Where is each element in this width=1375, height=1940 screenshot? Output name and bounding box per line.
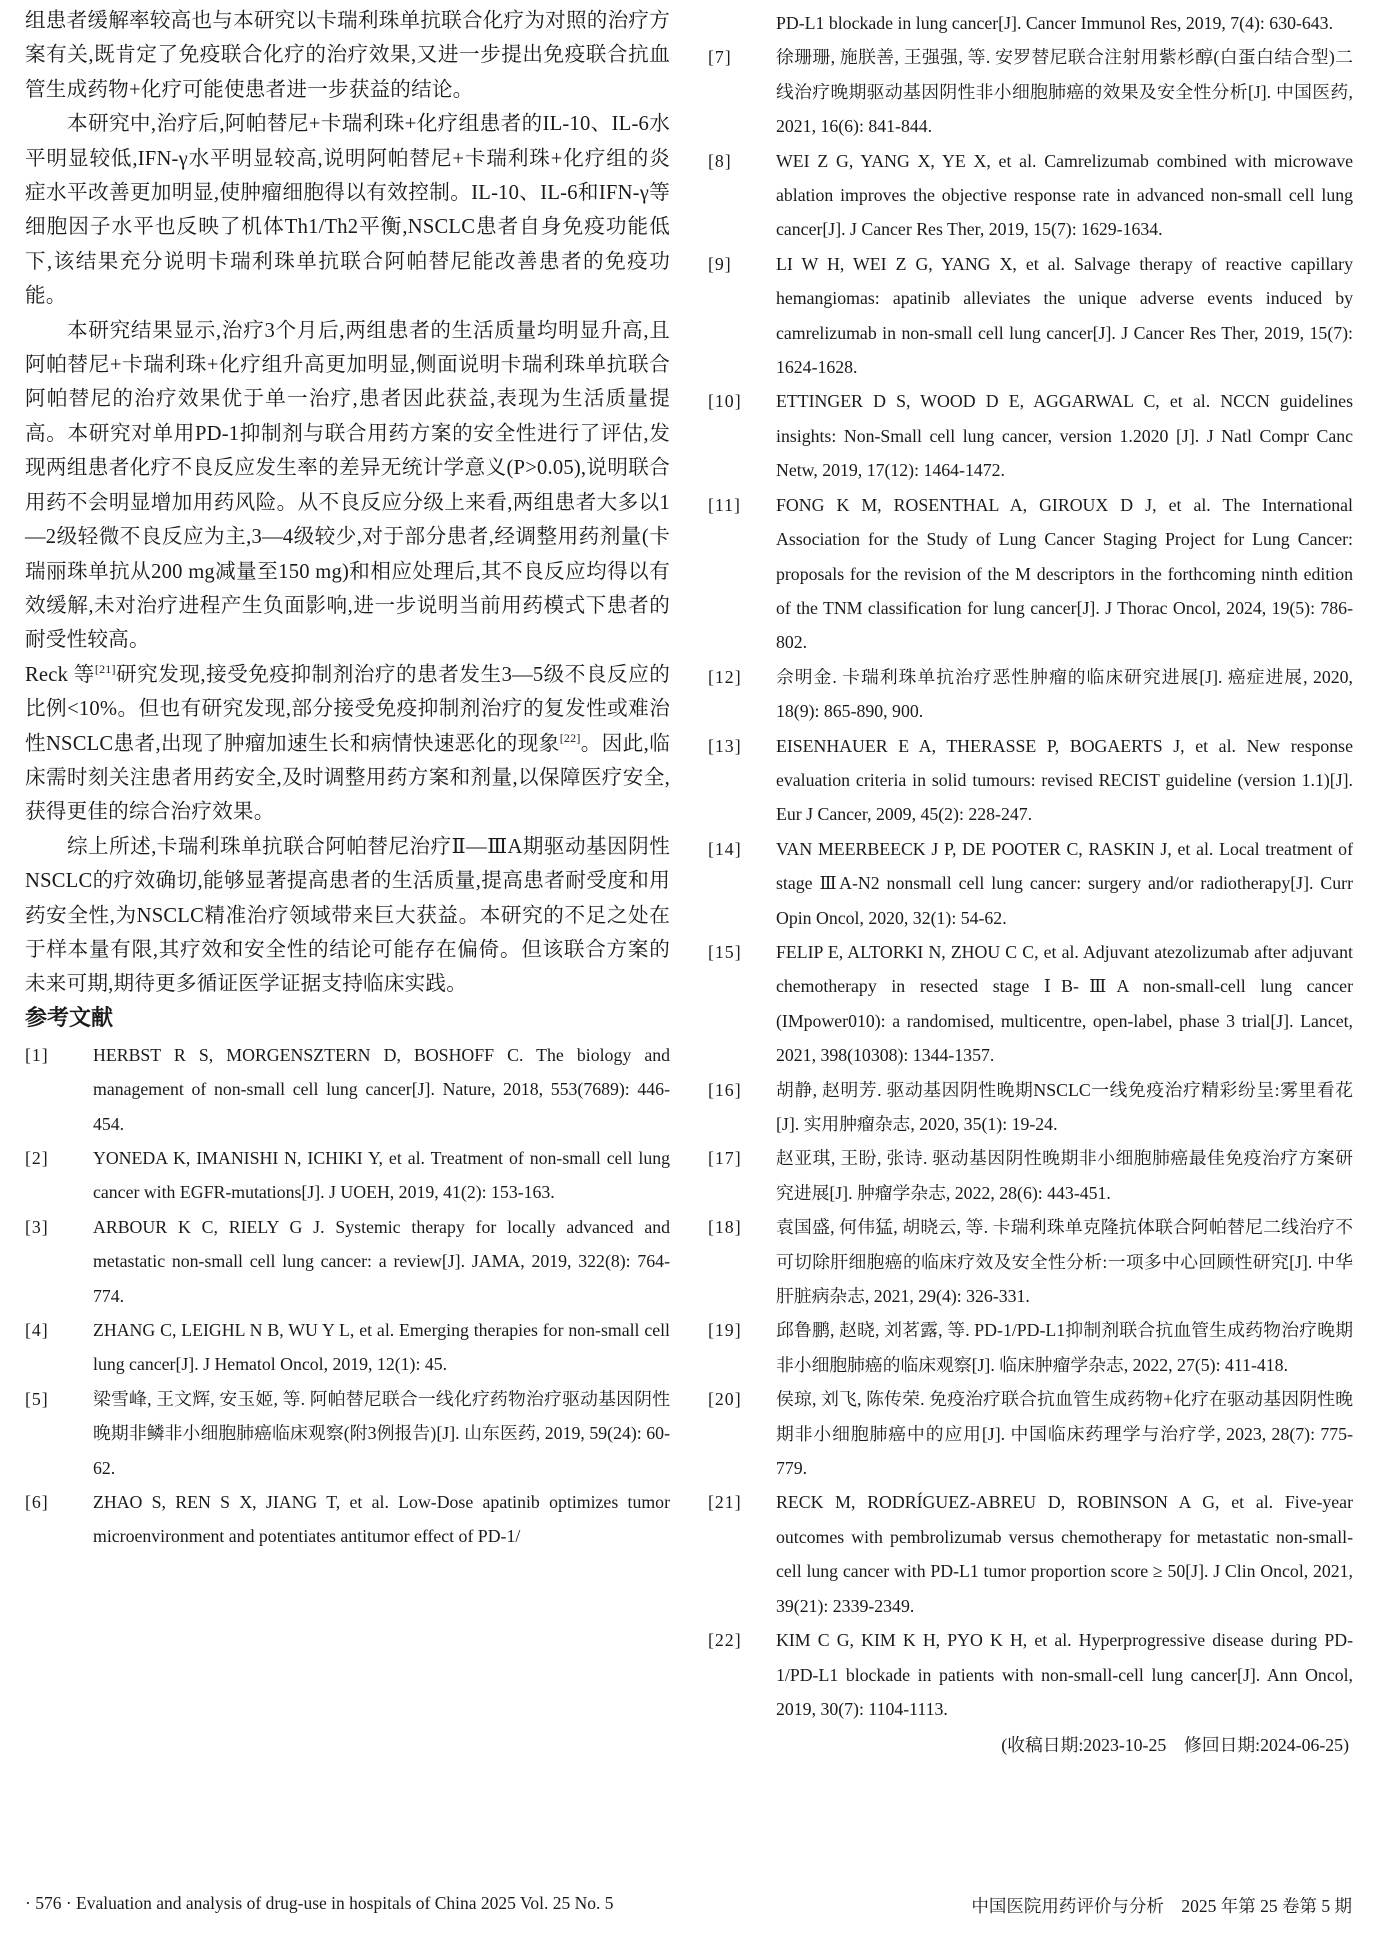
reference-number: [8]	[708, 144, 776, 247]
reference-item: [16]胡静, 赵明芳. 驱动基因阴性晚期NSCLC一线免疫治疗精彩纷呈:雾里看…	[708, 1073, 1353, 1142]
reference-item: [12]佘明金. 卡瑞利珠单抗治疗恶性肿瘤的临床研究进展[J]. 癌症进展, 2…	[708, 660, 1353, 729]
reference-number: [21]	[708, 1485, 776, 1623]
reference-number: [7]	[708, 40, 776, 143]
reference-text: FONG K M, ROSENTHAL A, GIROUX D J, et al…	[776, 488, 1353, 660]
reference-number: [2]	[25, 1141, 93, 1210]
reference-item: [11]FONG K M, ROSENTHAL A, GIROUX D J, e…	[708, 488, 1353, 660]
citation-link[interactable]: [21]	[95, 662, 116, 676]
reference-item: [8]WEI Z G, YANG X, YE X, et al. Camreli…	[708, 144, 1353, 247]
reference-number: [4]	[25, 1313, 93, 1382]
reference-item: [19]邱鲁鹏, 赵晓, 刘茗露, 等. PD-1/PD-L1抑制剂联合抗血管生…	[708, 1313, 1353, 1382]
reference-text: 徐珊珊, 施朕善, 王强强, 等. 安罗替尼联合注射用紫杉醇(白蛋白结合型)二线…	[776, 40, 1353, 143]
reference-number: [15]	[708, 935, 776, 1073]
reference-number: [19]	[708, 1313, 776, 1382]
reference-item: [10]ETTINGER D S, WOOD D E, AGGARWAL C, …	[708, 384, 1353, 487]
reference-number: [12]	[708, 660, 776, 729]
reference-number: [14]	[708, 832, 776, 935]
reference-number: [1]	[25, 1038, 93, 1141]
citation-link[interactable]: [22]	[560, 731, 581, 745]
reference-text: YONEDA K, IMANISHI N, ICHIKI Y, et al. T…	[93, 1141, 670, 1210]
received-revised-dates: (收稿日期:2023-10-25 修回日期:2024-06-25)	[708, 1728, 1353, 1762]
reference-text: 佘明金. 卡瑞利珠单抗治疗恶性肿瘤的临床研究进展[J]. 癌症进展, 2020,…	[776, 660, 1353, 729]
body-paragraph: 综上所述,卡瑞利珠单抗联合阿帕替尼治疗Ⅱ—ⅢA期驱动基因阴性NSCLC的疗效确切…	[25, 830, 670, 1002]
reference-text: EISENHAUER E A, THERASSE P, BOGAERTS J, …	[776, 729, 1353, 832]
reference-number: [22]	[708, 1623, 776, 1726]
body-paragraph: 组患者缓解率较高也与本研究以卡瑞利珠单抗联合化疗为对照的治疗方案有关,既肯定了免…	[25, 4, 670, 107]
reference-item: [20]侯琼, 刘飞, 陈传荣. 免疫治疗联合抗血管生成药物+化疗在驱动基因阴性…	[708, 1382, 1353, 1485]
reference-text: 胡静, 赵明芳. 驱动基因阴性晚期NSCLC一线免疫治疗精彩纷呈:雾里看花[J]…	[776, 1073, 1353, 1142]
reference-text: RECK M, RODRÍGUEZ-ABREU D, ROBINSON A G,…	[776, 1485, 1353, 1623]
reference-number: [5]	[25, 1382, 93, 1485]
right-column: PD-L1 blockade in lung cancer[J]. Cancer…	[708, 6, 1353, 1763]
reference-item: [6]ZHAO S, REN S X, JIANG T, et al. Low-…	[25, 1485, 670, 1554]
reference-number: [6]	[25, 1485, 93, 1554]
reference-text: 袁国盛, 何伟猛, 胡晓云, 等. 卡瑞利珠单克隆抗体联合阿帕替尼二线治疗不可切…	[776, 1210, 1353, 1313]
left-column: 组患者缓解率较高也与本研究以卡瑞利珠单抗联合化疗为对照的治疗方案有关,既肯定了免…	[25, 4, 670, 1554]
reference-number: [18]	[708, 1210, 776, 1313]
body-paragraph: 本研究中,治疗后,阿帕替尼+卡瑞利珠+化疗组患者的IL-10、IL-6水平明显较…	[25, 107, 670, 313]
reference-item: [5]梁雪峰, 王文辉, 安玉姬, 等. 阿帕替尼联合一线化疗药物治疗驱动基因阴…	[25, 1382, 670, 1485]
reference-text: LI W H, WEI Z G, YANG X, et al. Salvage …	[776, 247, 1353, 385]
paragraph-text: Reck 等	[25, 664, 95, 686]
reference-number: [3]	[25, 1210, 93, 1313]
reference-text: KIM C G, KIM K H, PYO K H, et al. Hyperp…	[776, 1623, 1353, 1726]
reference-number: [9]	[708, 247, 776, 385]
reference-item: [7]徐珊珊, 施朕善, 王强强, 等. 安罗替尼联合注射用紫杉醇(白蛋白结合型…	[708, 40, 1353, 143]
reference-item: [1]HERBST R S, MORGENSZTERN D, BOSHOFF C…	[25, 1038, 670, 1141]
reference-item: [18]袁国盛, 何伟猛, 胡晓云, 等. 卡瑞利珠单克隆抗体联合阿帕替尼二线治…	[708, 1210, 1353, 1313]
reference-item: [15]FELIP E, ALTORKI N, ZHOU C C, et al.…	[708, 935, 1353, 1073]
reference-item: [4]ZHANG C, LEIGHL N B, WU Y L, et al. E…	[25, 1313, 670, 1382]
reference-continuation: PD-L1 blockade in lung cancer[J]. Cancer…	[708, 6, 1353, 40]
page-footer: · 576 · Evaluation and analysis of drug-…	[25, 1893, 1352, 1923]
reference-item: [22]KIM C G, KIM K H, PYO K H, et al. Hy…	[708, 1623, 1353, 1726]
reference-item: [14]VAN MEERBEECK J P, DE POOTER C, RASK…	[708, 832, 1353, 935]
reference-number: [10]	[708, 384, 776, 487]
reference-text: HERBST R S, MORGENSZTERN D, BOSHOFF C. T…	[93, 1038, 670, 1141]
reference-number: [11]	[708, 488, 776, 660]
reference-item: [21]RECK M, RODRÍGUEZ-ABREU D, ROBINSON …	[708, 1485, 1353, 1623]
reference-item: [13]EISENHAUER E A, THERASSE P, BOGAERTS…	[708, 729, 1353, 832]
body-paragraph: Reck 等[21]研究发现,接受免疫抑制剂治疗的患者发生3—5级不良反应的比例…	[25, 658, 670, 830]
reference-text: 侯琼, 刘飞, 陈传荣. 免疫治疗联合抗血管生成药物+化疗在驱动基因阴性晚期非小…	[776, 1382, 1353, 1485]
footer-journal-english: · 576 · Evaluation and analysis of drug-…	[25, 1893, 613, 1923]
reference-number: [16]	[708, 1073, 776, 1142]
footer-journal-chinese: 中国医院用药评价与分析 2025 年第 25 卷第 5 期	[971, 1893, 1352, 1923]
reference-item: [2]YONEDA K, IMANISHI N, ICHIKI Y, et al…	[25, 1141, 670, 1210]
reference-text: VAN MEERBEECK J P, DE POOTER C, RASKIN J…	[776, 832, 1353, 935]
reference-text: FELIP E, ALTORKI N, ZHOU C C, et al. Adj…	[776, 935, 1353, 1073]
reference-text: ETTINGER D S, WOOD D E, AGGARWAL C, et a…	[776, 384, 1353, 487]
reference-number: [13]	[708, 729, 776, 832]
body-paragraph: 本研究结果显示,治疗3个月后,两组患者的生活质量均明显升高,且阿帕替尼+卡瑞利珠…	[25, 314, 670, 658]
reference-text: 赵亚琪, 王盼, 张诗. 驱动基因阴性晚期非小细胞肺癌最佳免疫治疗方案研究进展[…	[776, 1141, 1353, 1210]
reference-text: ARBOUR K C, RIELY G J. Systemic therapy …	[93, 1210, 670, 1313]
reference-number: [17]	[708, 1141, 776, 1210]
reference-item: [17]赵亚琪, 王盼, 张诗. 驱动基因阴性晚期非小细胞肺癌最佳免疫治疗方案研…	[708, 1141, 1353, 1210]
reference-text: 梁雪峰, 王文辉, 安玉姬, 等. 阿帕替尼联合一线化疗药物治疗驱动基因阴性晚期…	[93, 1382, 670, 1485]
reference-number: [20]	[708, 1382, 776, 1485]
references-heading: 参考文献	[25, 1002, 670, 1036]
reference-text: ZHAO S, REN S X, JIANG T, et al. Low-Dos…	[93, 1485, 670, 1554]
reference-text: 邱鲁鹏, 赵晓, 刘茗露, 等. PD-1/PD-L1抑制剂联合抗血管生成药物治…	[776, 1313, 1353, 1382]
reference-item: [9]LI W H, WEI Z G, YANG X, et al. Salva…	[708, 247, 1353, 385]
reference-text: WEI Z G, YANG X, YE X, et al. Camrelizum…	[776, 144, 1353, 247]
reference-text: ZHANG C, LEIGHL N B, WU Y L, et al. Emer…	[93, 1313, 670, 1382]
reference-item: [3]ARBOUR K C, RIELY G J. Systemic thera…	[25, 1210, 670, 1313]
